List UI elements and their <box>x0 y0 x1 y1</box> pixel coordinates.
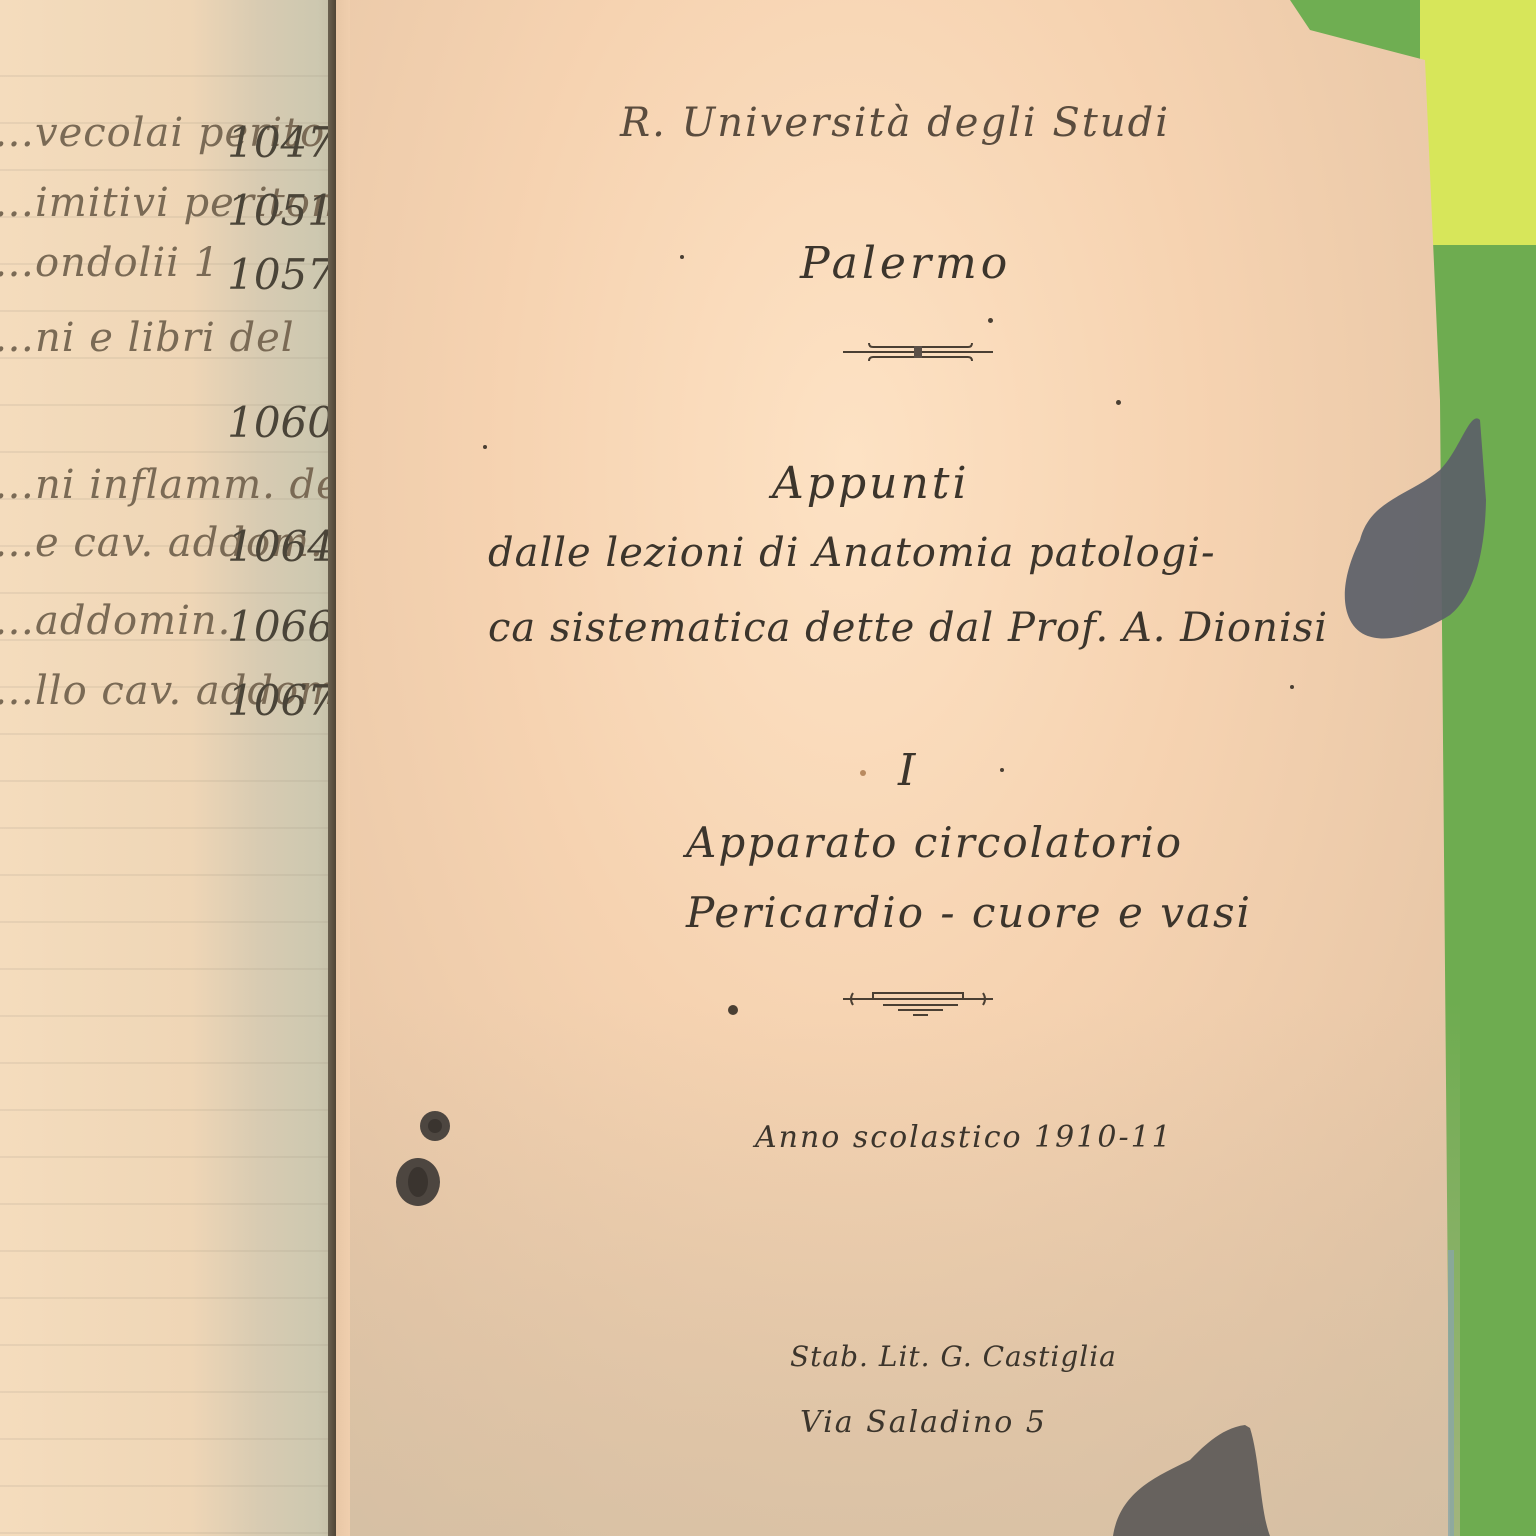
city-heading: Palermo <box>800 238 1011 289</box>
index-entry: …ondolii 1 <box>0 240 220 286</box>
publisher-address: Via Saladino 5 <box>800 1405 1047 1440</box>
left-page-index: …vecolai peritoneo 1047 …imitivi periton… <box>0 0 340 760</box>
index-page-number: 1067 <box>227 676 334 725</box>
document-heading: Appunti <box>772 458 970 509</box>
ink-stain-icon <box>1110 1420 1270 1536</box>
subtitle-line-1: dalle lezioni di Anatomia patologi- <box>488 530 1216 576</box>
index-entry: …ni inflamm. del <box>0 462 355 508</box>
ink-stain-icon <box>1340 400 1490 660</box>
section-title-line-1: Apparato circolatorio <box>686 818 1183 867</box>
index-page-number: 1064 <box>227 522 334 571</box>
index-page-number: 1051 <box>227 186 334 235</box>
ink-dot <box>988 318 993 323</box>
ink-dot <box>680 255 684 259</box>
page-edge <box>1448 1250 1454 1536</box>
background-yellow <box>1420 0 1536 245</box>
volume-number: I <box>898 745 915 796</box>
ink-blot-icon <box>390 1100 480 1210</box>
document-photo: …vecolai peritoneo 1047 …imitivi periton… <box>0 0 1536 1536</box>
ink-dot <box>728 1005 738 1015</box>
academic-year: Anno scolastico 1910-11 <box>755 1120 1173 1155</box>
index-page-number: 1066 <box>227 602 334 651</box>
section-title-line-2: Pericardio - cuore e vasi <box>686 888 1252 937</box>
index-entry: …ni e libri del <box>0 315 295 361</box>
institution-heading: R. Università degli Studi <box>620 100 1170 146</box>
index-page-number: 1057 <box>227 250 334 299</box>
decorative-flourish-icon <box>838 985 998 1021</box>
book-spine <box>328 0 336 1536</box>
publisher-name: Stab. Lit. G. Castiglia <box>790 1340 1117 1373</box>
decorative-flourish-icon <box>838 338 998 368</box>
left-page: …vecolai peritoneo 1047 …imitivi periton… <box>0 0 345 1536</box>
ink-dot <box>1290 685 1294 689</box>
ink-dot <box>860 770 866 776</box>
ink-dot <box>1116 400 1121 405</box>
ink-dot <box>483 445 487 449</box>
subtitle-line-2: ca sistematica dette dal Prof. A. Dionis… <box>488 605 1328 651</box>
index-entry: …addomin. <box>0 598 231 644</box>
index-page-number: 1047 <box>227 118 334 167</box>
ink-dot <box>1000 768 1004 772</box>
index-page-number: 1060 <box>227 398 334 447</box>
